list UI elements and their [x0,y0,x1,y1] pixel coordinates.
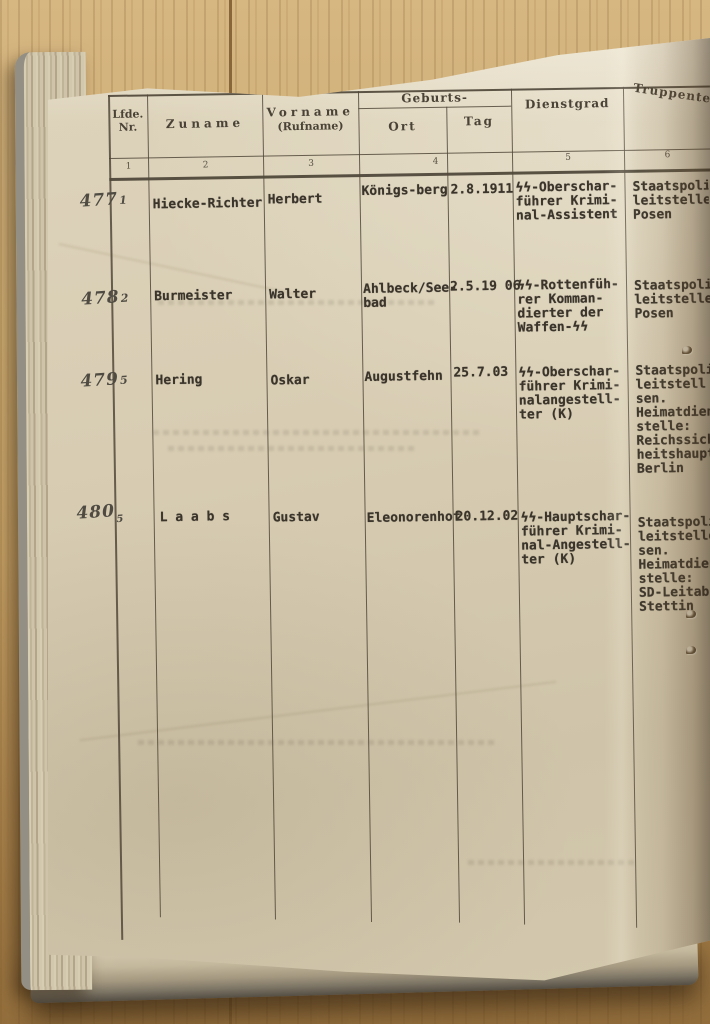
cell-truppenteil: Staatspoli leitstelle sen. Heimatdiens s… [638,516,710,615]
cell-geburtstag: 20.12.02 [456,510,519,525]
photo-scene: Lfde. Nr. Zuname Vorname (Rufname) Gebur… [0,0,710,1024]
cell-dienstgrad: ϟϟ-Hauptschar- führer Krimi- nal-Angeste… [521,510,631,568]
cell-line: leitstelle [638,530,710,545]
column-number-1: 1 [109,161,148,172]
cell-line: ter (K) [519,407,621,423]
column-number-5: 5 [512,152,624,164]
cell-geburtsort: Eleonorenhof [367,511,461,526]
row-number-suffix: 5 [120,373,130,387]
cell-line: Berlin [637,462,710,477]
handwritten-number: 4795 [80,368,129,391]
cell-vorname: Oskar [270,374,309,389]
cell-line: Königs-berg [361,184,447,199]
cell-line: ter (K) [521,552,631,568]
punch-hole [686,610,696,618]
cell-line: Posen [634,307,710,322]
cell-line: bad [363,296,457,311]
cell-line: Stettin [639,600,710,615]
column-divider [358,91,372,922]
cell-geburtsort: Königs-berg [361,184,447,199]
column-number-4: 4 [359,156,512,168]
header-label: Lfde. [112,107,143,120]
row-number: 477 [79,189,119,212]
document-page: Lfde. Nr. Zuname Vorname (Rufname) Gebur… [48,38,710,988]
header-label: Nr. [119,121,138,134]
cell-geburtsort: Ahlbeck/See- bad [363,282,457,311]
cell-geburtsort: Augustfehn [364,370,442,385]
cell-line: nal-Assistent [516,208,618,224]
cell-truppenteil: Staatspoli leitstelle Posen [634,279,710,322]
cell-line: Ahlbeck/See- [363,282,457,297]
cell-truppenteil: Staatspoli leitstelle Posen [632,180,709,223]
row-number: 480 [76,501,116,524]
personnel-table: Lfde. Nr. Zuname Vorname (Rufname) Gebur… [48,38,710,988]
cell-line: Posen [633,208,709,223]
cell-line: Eleonorenhof [367,511,461,526]
cell-zuname: L a a b s [160,510,231,525]
cell-truppenteil: Staatspoli leitstell sen. Heimatdien ste… [635,364,710,477]
cell-geburtstag: 2.8.1911 [450,183,513,198]
column-header-ort: Ort [358,119,446,134]
handwritten-number: 4782 [81,286,130,309]
punch-hole [686,646,696,654]
column-header-lfde-nr: Lfde. Nr. [108,107,147,134]
geburts-divider-line [358,106,511,109]
header-label: (Rufname) [277,119,343,133]
cell-dienstgrad: ϟϟ-Oberschar- führer Krimi- nal-Assisten… [515,180,617,224]
column-header-vorname: Vorname (Rufname) [262,104,358,134]
column-number-2: 2 [148,160,263,172]
row-number: 478 [81,287,121,310]
column-number-6: 6 [624,150,710,161]
cell-dienstgrad: ϟϟ-Oberschar- führer Krimi- nalangestell… [518,365,621,423]
column-header-dienstgrad: Dienstgrad [511,96,623,112]
cell-line: Augustfehn [364,370,442,385]
cell-zuname: Hiecke-Richter [153,197,263,213]
cell-vorname: Gustav [273,511,320,526]
handwritten-number: 4805 [76,501,125,528]
column-header-geburts: Geburts- [358,90,511,106]
row-number: 479 [80,369,120,392]
column-header-zuname: Zuname [147,116,262,132]
column-number-3: 3 [263,158,359,170]
handwritten-number: 4771 [79,188,128,211]
cell-line: leitstell [636,378,710,393]
column-header-tag: Tag [446,114,511,129]
punch-hole [682,346,692,354]
cell-zuname: Burmeister [154,289,232,304]
row-number-suffix: 5 [116,514,125,526]
column-divider [147,94,161,917]
row-number-suffix: 1 [119,193,129,207]
header-label: Vorname [266,104,354,119]
cell-vorname: Herbert [268,193,323,208]
cell-geburtstag: 2.5.19 06 [450,280,521,295]
cell-geburtstag: 25.7.03 [453,366,508,381]
column-divider [262,93,276,920]
cell-dienstgrad: ϟϟ-Rottenfüh- rer Komman- dierter der Wa… [517,278,620,336]
cell-zuname: Hering [155,374,202,389]
cell-vorname: Walter [269,288,316,303]
row-number-suffix: 2 [120,291,130,305]
cell-line: Waffen-ϟϟ [518,320,620,336]
